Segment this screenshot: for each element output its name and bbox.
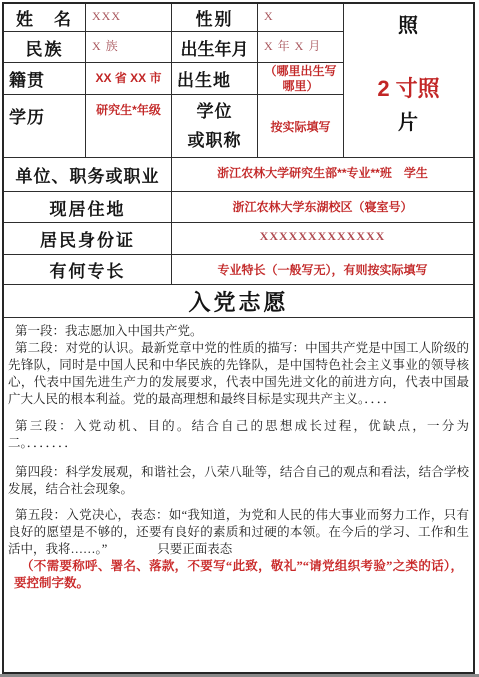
- education-value: 研究生*年级: [86, 95, 172, 158]
- birthplace-value-line1: （哪里出生写: [264, 64, 336, 79]
- specialty-value: 专业特长（一般写无），有则按实际填写: [172, 255, 473, 285]
- work-unit-value: 浙江农林大学研究生部**专业**班 学生: [172, 158, 473, 192]
- photo-char-top: 照: [398, 9, 419, 38]
- photo-box: 照 2 寸照 片: [344, 4, 473, 158]
- ethnicity-label: 民族: [4, 32, 86, 63]
- name-value: XXX: [86, 4, 172, 32]
- specialty-label: 有何专长: [4, 255, 172, 285]
- gender-label: 性别: [172, 4, 258, 32]
- degree-title-value: 按实际填写: [258, 95, 344, 158]
- paragraph-3: 第三段：入党动机、目的。结合自己的思想成长过程，优缺点，一分为二。．．．．．．．: [8, 418, 469, 452]
- degree-title-label: 学位 或职称: [172, 95, 258, 158]
- degree-title-label-line2: 或职称: [188, 126, 242, 155]
- id-card-label: 居民身份证: [4, 223, 172, 255]
- section-title: 入党志愿: [4, 285, 473, 318]
- education-label: 学历: [4, 95, 86, 158]
- paragraph-1: 第一段：我志愿加入中国共产党。: [8, 323, 469, 340]
- residence-value: 浙江农林大学东湖校区（寝室号）: [172, 192, 473, 223]
- application-form-page: 姓 名 XXX 性别 X 照 2 寸照 片 民族 X 族 出生年月 X 年 X …: [0, 0, 479, 677]
- birthdate-label: 出生年月: [172, 32, 258, 63]
- native-place-label: 籍贯: [4, 63, 86, 95]
- paragraph-5: 第五段：入党决心，表态：如“我知道，为党和人民的伟大事业而努力工作，只有良好的愿…: [8, 507, 469, 558]
- birthplace-value: （哪里出生写 哪里）: [258, 63, 344, 95]
- application-body: 第一段：我志愿加入中国共产党。 第二段：对党的认识。最新党章中党的性质的描写：中…: [4, 318, 473, 670]
- gender-value: X: [258, 4, 344, 32]
- form-table: 姓 名 XXX 性别 X 照 2 寸照 片 民族 X 族 出生年月 X 年 X …: [2, 2, 475, 674]
- native-place-value: XX 省 XX 市: [86, 63, 172, 95]
- id-card-value: XXXXXXXXXXXXX: [172, 223, 473, 255]
- name-label: 姓 名: [4, 4, 86, 32]
- work-unit-label: 单位、职务或职业: [4, 158, 172, 192]
- degree-title-label-line1: 学位: [197, 97, 233, 126]
- paragraph-4: 第四段：科学发展观，和谐社会，八荣八耻等，结合自己的观点和看法，结合学校发展，结…: [8, 464, 469, 498]
- residence-label: 现居住地: [4, 192, 172, 223]
- birthplace-value-line2: 哪里）: [282, 79, 318, 94]
- birthdate-value: X 年 X 月: [258, 32, 344, 63]
- photo-size-note: 2 寸照: [377, 72, 439, 103]
- format-warning-note: （不需要称呼、署名、落款，不要写“此致，敬礼”“请党组织考验”之类的话），要控制…: [8, 558, 469, 592]
- photo-char-bottom: 片: [398, 106, 419, 135]
- birthplace-label: 出生地: [172, 63, 258, 95]
- ethnicity-value: X 族: [86, 32, 172, 63]
- paragraph-2: 第二段：对党的认识。最新党章中党的性质的描写：中国共产党是中国工人阶级的先锋队，…: [8, 340, 469, 408]
